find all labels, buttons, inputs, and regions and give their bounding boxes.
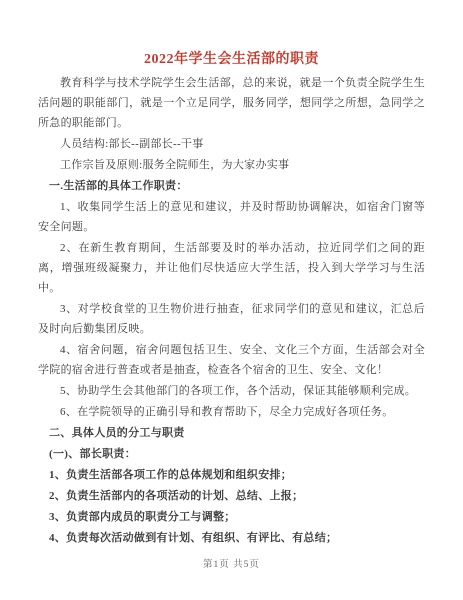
mission-line: 工作宗旨及原则:服务全院师生，为大家办实事 bbox=[38, 155, 425, 175]
duty-item-2: 2、在新生教育期间，生活部要及时的举办活动，拉近同学们之间的距离，增强班级凝聚力… bbox=[38, 238, 425, 298]
document-page: 2022年学生会生活部的职责 教育科学与技术学院学生会生活部，总的来说，就是一个… bbox=[0, 0, 463, 600]
document-title: 2022年学生会生活部的职责 bbox=[38, 50, 425, 70]
duty-item-1: 1、收集同学生活上的意见和建议，并及时帮助协调解决，如宿舍门窗等安全问题。 bbox=[38, 197, 425, 237]
intro-paragraph: 教育科学与技术学院学生会生活部，总的来说，就是一个负责全院学生生活问题的职能部门… bbox=[38, 73, 425, 133]
duty-item-6: 6、在学院领导的正确引导和教育帮助下，尽全力完成好各项任务。 bbox=[38, 402, 425, 422]
director-duty-3: 3、负责部内成员的职责分工与调整； bbox=[38, 507, 425, 527]
section2-heading: 二、具体人员的分工与职责 bbox=[38, 423, 425, 443]
document-content: 2022年学生会生活部的职责 教育科学与技术学院学生会生活部，总的来说，就是一个… bbox=[0, 0, 463, 548]
duty-item-4: 4、宿舍问题，宿舍问题包括卫生、安全、文化三个方面，生活部会对全学院的宿舍进行普… bbox=[38, 340, 425, 380]
page-footer: 第1页 共5页 bbox=[0, 556, 463, 570]
section1-heading: 一.生活部的具体工作职责： bbox=[38, 176, 425, 196]
duty-item-5: 5、协助学生会其他部门的各项工作，各个活动，保证其能够顺利完成。 bbox=[38, 381, 425, 401]
director-duty-2: 2、负责生活部内的各项活动的计划、总结、上报； bbox=[38, 486, 425, 506]
director-duties-heading: (一)、部长职责： bbox=[38, 444, 425, 464]
director-duty-1: 1、负责生活部各项工作的总体规划和组织安排； bbox=[38, 465, 425, 485]
staff-structure-line: 人员结构:部长--副部长--干事 bbox=[38, 134, 425, 154]
duty-item-3: 3、对学校食堂的卫生物价进行抽查，征求同学们的意见和建议，汇总后及时向后勤集团反… bbox=[38, 299, 425, 339]
director-duty-4: 4、负责每次活动做到有计划、有组织、有评比、有总结； bbox=[38, 528, 425, 548]
